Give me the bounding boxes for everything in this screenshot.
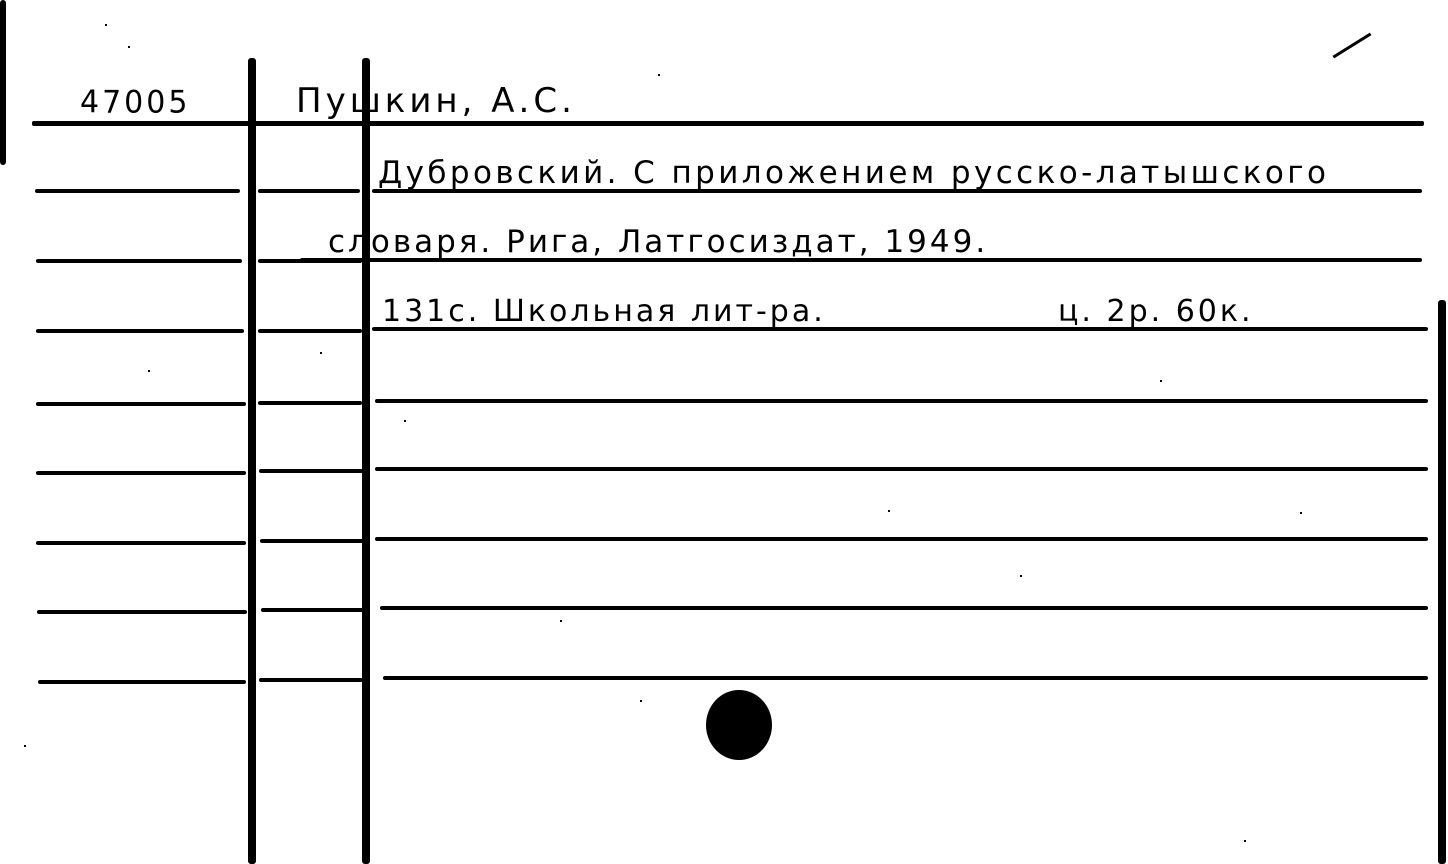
rule-col1: [36, 329, 244, 333]
rule-col1: [36, 541, 246, 545]
scan-speck: [1300, 512, 1302, 514]
inventory-number: 47005: [80, 87, 190, 119]
scan-speck: [404, 420, 406, 422]
column-divider-2: [362, 58, 370, 864]
rule-col3: [375, 467, 1428, 471]
rule-row-1: [32, 121, 1424, 126]
scan-speck: [105, 24, 107, 26]
price: ц. 2р. 60к.: [1058, 297, 1254, 327]
scan-speck: [128, 46, 130, 48]
rule-col2: [258, 189, 360, 193]
rule-col2: [261, 608, 365, 612]
rule-col1: [38, 680, 246, 684]
left-border: [0, 0, 6, 165]
rule-col3: [375, 399, 1428, 403]
rule-col1: [35, 189, 240, 193]
column-divider-1: [248, 58, 256, 864]
description-line-2: словаря. Рига, Латгосиздат, 1949.: [328, 227, 988, 258]
scan-speck: [888, 510, 890, 512]
scan-speck: [658, 74, 660, 76]
rule-col2: [259, 469, 363, 473]
catalog-card: 47005 Пушкин, А.С. Дубровский. С приложе…: [0, 0, 1448, 864]
rule-col2: [259, 678, 363, 682]
scan-speck: [1020, 575, 1022, 577]
scan-speck: [1160, 380, 1162, 382]
punch-hole: [706, 690, 772, 760]
rule-col2: [258, 329, 362, 333]
rule-col3: [383, 676, 1428, 680]
scan-speck: [640, 700, 642, 702]
rule-col1: [36, 402, 246, 406]
scan-speck: [1244, 840, 1246, 842]
description-line-1: Дубровский. С приложением русско-латышск…: [378, 158, 1329, 189]
scan-speck: [560, 620, 562, 622]
rule-col2: [258, 401, 362, 405]
scan-speck: [24, 745, 26, 747]
scan-speck: [148, 370, 150, 372]
stray-pen-mark: [1333, 33, 1372, 59]
rule-col1: [36, 471, 246, 475]
rule-col3: [375, 537, 1428, 541]
description-line-3: 131с. Школьная лит-ра.: [382, 297, 826, 327]
scan-speck: [320, 352, 322, 354]
author-name: Пушкин, А.С.: [296, 84, 576, 118]
rule-col1: [36, 259, 242, 263]
rule-col1: [37, 610, 247, 614]
rule-col3: [380, 606, 1428, 610]
rule-col2: [260, 539, 364, 543]
right-border: [1438, 300, 1446, 864]
